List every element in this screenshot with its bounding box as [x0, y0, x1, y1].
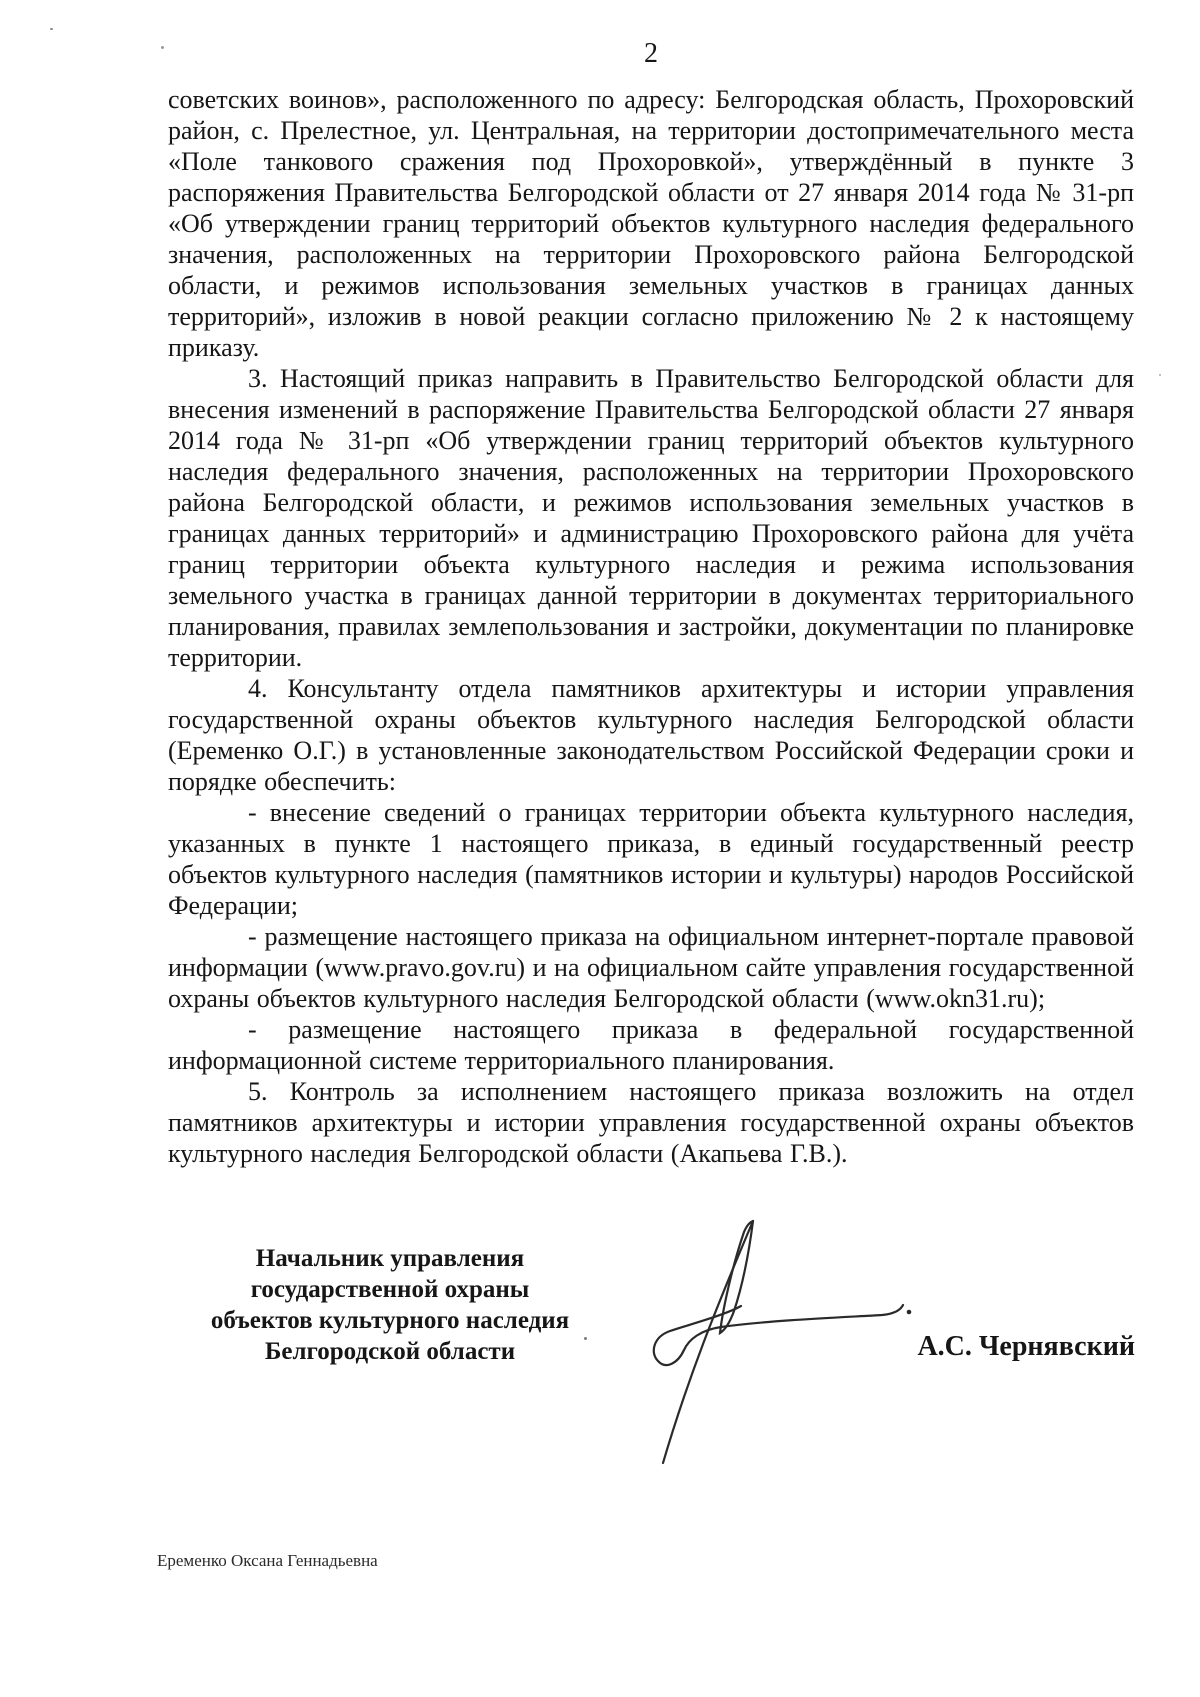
- page-number: 2: [168, 38, 1134, 70]
- paragraph-item-3: 3. Настоящий приказ направить в Правител…: [168, 363, 1134, 673]
- signer-position-line-4: Белгородской области: [200, 1336, 580, 1367]
- bullet-internet-publication: - размещение настоящего приказа на офици…: [168, 921, 1134, 1014]
- paragraph-item-4: 4. Консультанту отдела памятников архите…: [168, 673, 1134, 797]
- signature-dot: [907, 1310, 912, 1315]
- scan-artifact: [50, 28, 53, 30]
- signer-position: Начальник управления государственной охр…: [200, 1243, 580, 1367]
- scan-artifact: [584, 1337, 587, 1340]
- document-body: советских воинов», расположенного по адр…: [168, 84, 1134, 1169]
- scan-artifact: [161, 46, 164, 49]
- signer-position-line-2: государственной охраны: [200, 1274, 580, 1305]
- document-page: 2 советских воинов», расположенного по а…: [0, 0, 1200, 1697]
- paragraph-continuation: советских воинов», расположенного по адр…: [168, 84, 1134, 363]
- bullet-fgis-publication: - размещение настоящего приказа в федера…: [168, 1014, 1134, 1076]
- signer-position-line-3: объектов культурного наследия: [200, 1305, 580, 1336]
- signature-horizontal-stroke: [654, 1305, 903, 1365]
- signature-loop-stroke: [720, 1221, 753, 1333]
- paragraph-item-5: 5. Контроль за исполнением настоящего пр…: [168, 1076, 1134, 1169]
- signature-diagonal-stroke: [663, 1221, 753, 1463]
- signer-name: А.С. Чернявский: [917, 1331, 1135, 1363]
- signer-position-line-1: Начальник управления: [200, 1243, 580, 1274]
- executor-name: Еременко Оксана Геннадьевна: [157, 1551, 378, 1571]
- scan-artifact: [1159, 374, 1161, 376]
- bullet-register-entry: - внесение сведений о границах территори…: [168, 797, 1134, 921]
